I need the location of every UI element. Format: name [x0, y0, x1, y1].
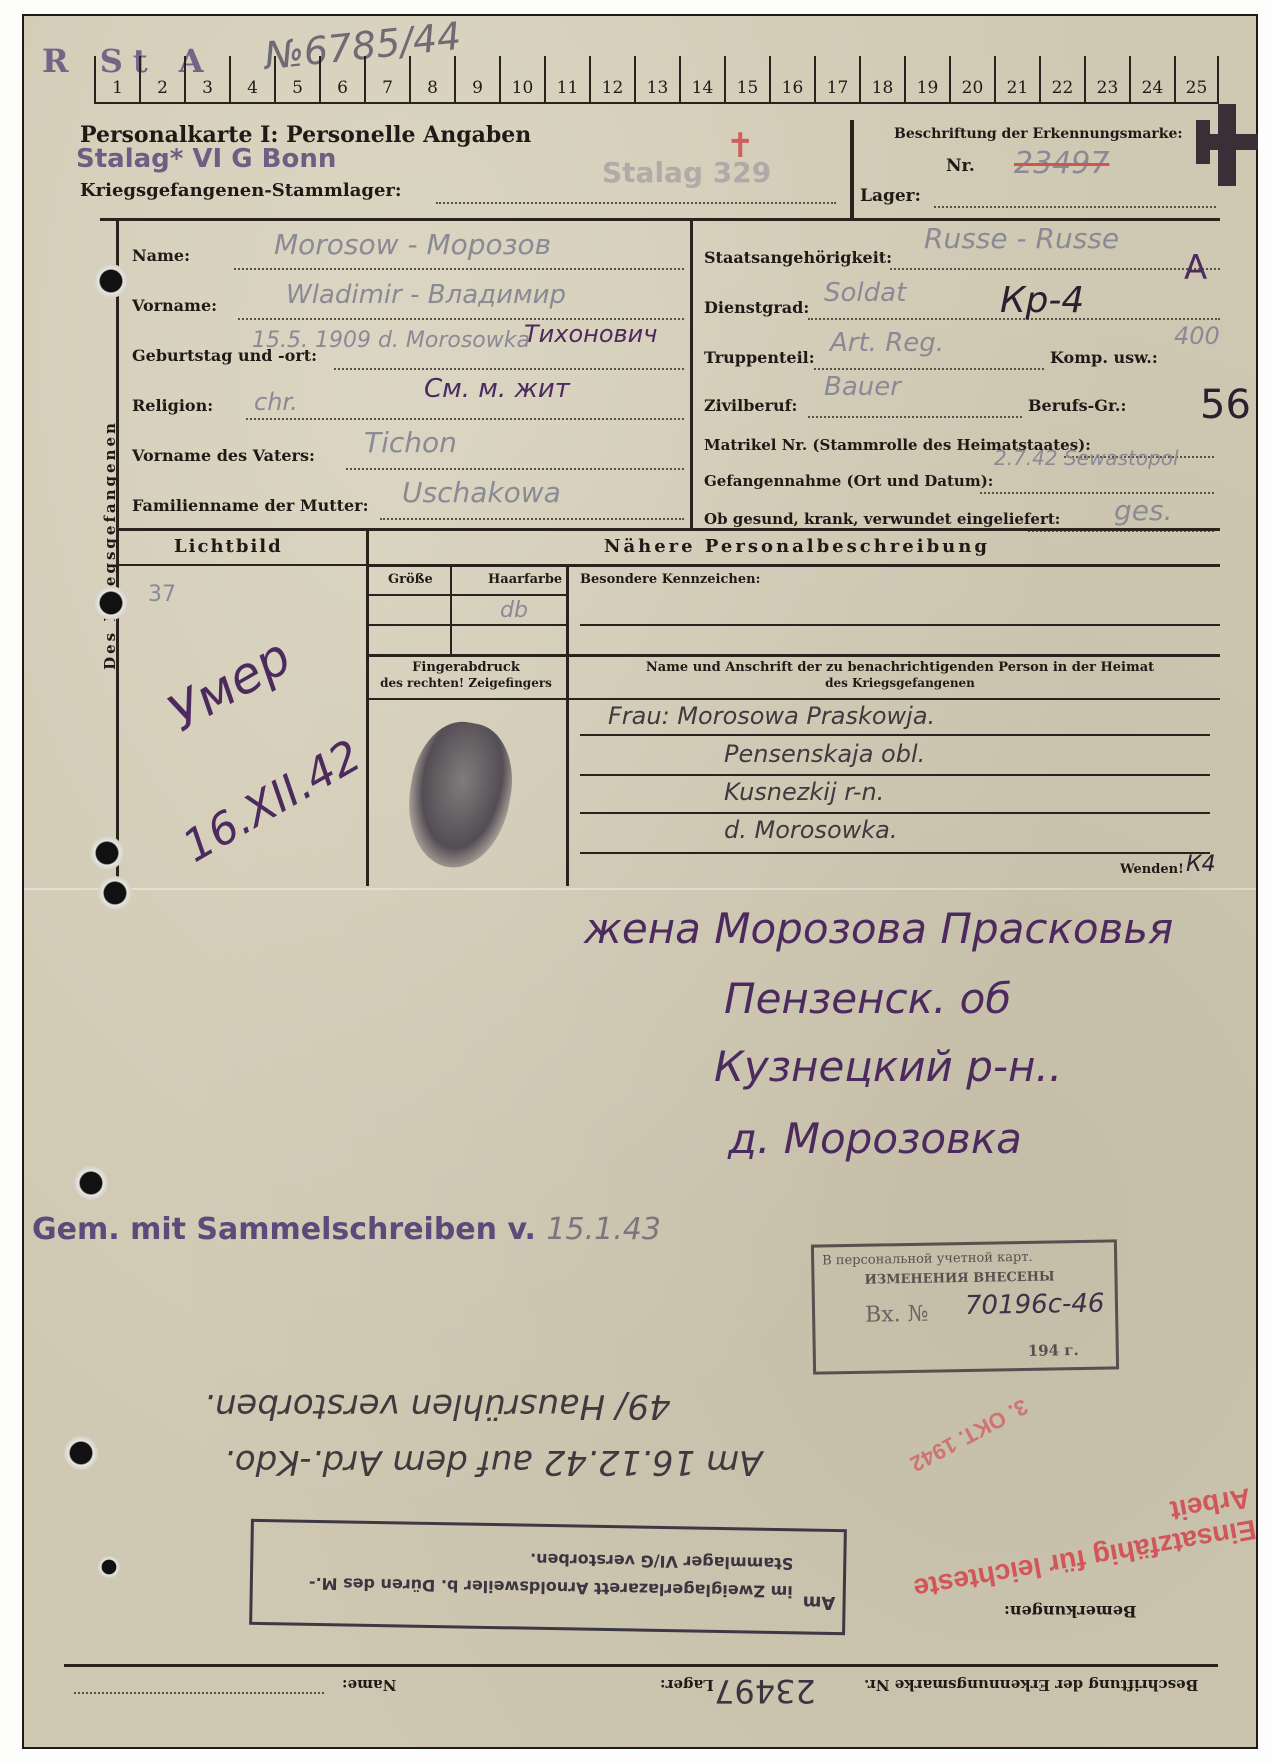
punch-hole	[90, 836, 124, 870]
punch-hole	[94, 264, 128, 298]
name-dots	[234, 268, 684, 270]
vorname-label: Vorname:	[132, 296, 217, 315]
fingerprint-top-rule	[366, 654, 1220, 657]
side-label: Des Kriegsgefangenen	[101, 395, 119, 695]
upside-note-2: 49/ Hausrühlen verstorben.	[204, 1386, 671, 1426]
photo-header: Lichtbild	[174, 536, 283, 557]
religion-dots	[246, 418, 684, 420]
ruler-cell: 18	[859, 56, 904, 102]
ruler-cell: 2	[139, 56, 184, 102]
bottom-name-label: Name:	[342, 1676, 396, 1694]
contact-label-2: des Kriegsgefangenen	[580, 676, 1220, 690]
capture-dots	[980, 492, 1214, 494]
health-value: ges.	[1114, 494, 1173, 527]
sammelschreiben-text: Gem. mit Sammelschreiben v.	[32, 1212, 536, 1247]
contact-rule-1	[580, 734, 1210, 736]
tag-label: Beschriftung der Erkennungsmarke:	[894, 126, 1183, 142]
punch-hole	[94, 586, 128, 620]
ruler-cell: 21	[994, 56, 1039, 102]
bottom-tag-value: 23497	[714, 1672, 816, 1710]
mother-value: Uschakowa	[402, 476, 561, 509]
punch-hole	[98, 876, 132, 910]
fields-center-divider	[690, 218, 693, 528]
ruler-cell: 8	[409, 56, 454, 102]
ruler-cell: 24	[1129, 56, 1174, 102]
fingerprint-label-1: Fingerabdruck	[366, 660, 566, 675]
religion-note: См. м. жит	[424, 374, 570, 404]
ru-address-line-2: Пензенск. об	[724, 974, 1011, 1023]
ruler-cell: 14	[679, 56, 724, 102]
nationality-mark: A	[1184, 248, 1207, 288]
soviet-registration-stamp: В персональной учетной карт. ИЗМЕНЕНИЯ В…	[811, 1239, 1119, 1374]
soviet-stamp-line-1: В персональной учетной карт.	[822, 1250, 1033, 1269]
death-note: Умер	[158, 627, 300, 743]
personnel-card: R St A №6785/44 1 2 3 4 5 6 7 8 9 10 11 …	[22, 14, 1258, 1749]
nationality-dots	[890, 268, 1220, 270]
tag-lager-label: Lager:	[860, 186, 921, 206]
birth-value: 15.5. 1909 d. Morosowka	[252, 328, 530, 353]
red-einsatz-stamp: Einsatzfähig für leichteste Arbeit	[848, 1481, 1259, 1615]
bottom-tag-label: Beschriftung der Erkennungsmarke Nr.	[864, 1676, 1198, 1694]
capture-label: Gefangennahme (Ort und Datum):	[704, 472, 993, 490]
civil-job-dots	[808, 416, 1022, 418]
ruler-cell: 13	[634, 56, 679, 102]
contact-line-4: d. Morosowka.	[724, 816, 897, 844]
ruler-cell: 23	[1084, 56, 1129, 102]
ruler-cell: 22	[1039, 56, 1084, 102]
punch-hole	[64, 1436, 98, 1470]
ruler-cell: 25	[1174, 56, 1219, 102]
soviet-stamp-year: 194 г.	[1028, 1341, 1079, 1360]
punch-hole	[74, 1166, 108, 1200]
size-hair-rule-2	[366, 624, 566, 626]
soviet-stamp-line-2: ИЗМЕНЕНИЯ ВНЕСЕНЫ	[864, 1269, 1054, 1287]
bottom-name-dots	[74, 1692, 324, 1694]
ruler-cell: 11	[544, 56, 589, 102]
fingerprint-label-rule	[366, 698, 1220, 700]
rank-mark: Кр-4	[1000, 280, 1084, 321]
ruler-cell: 17	[814, 56, 859, 102]
description-header: Nähere Personalbeschreibung	[604, 536, 990, 557]
turn-mark: К4	[1186, 852, 1216, 877]
bottom-lager-label: Lager:	[660, 1676, 714, 1694]
death-date: 16.XII.42	[174, 730, 369, 872]
lazarett-stamp-line-1: Am	[802, 1591, 835, 1613]
religion-label: Religion:	[132, 396, 213, 415]
hair-value: db	[500, 598, 528, 623]
red-cross-mark-icon: ✝	[726, 126, 755, 166]
tag-nr-label: Nr.	[946, 156, 975, 176]
ru-address-line-3: Кузнецкий р-н..	[714, 1042, 1062, 1091]
ruler-cell: 4	[229, 56, 274, 102]
company-label: Komp. usw.:	[1050, 348, 1158, 367]
nationality-label: Staatsangehörigkeit:	[704, 248, 892, 267]
name-label: Name:	[132, 246, 190, 265]
sammelschreiben-date: 15.1.43	[546, 1212, 661, 1247]
health-label: Ob gesund, krank, verwundet eingeliefert…	[704, 510, 1060, 528]
ruler-cell: 20	[949, 56, 994, 102]
mother-dots	[380, 518, 684, 520]
rank-value: Soldat	[824, 278, 906, 308]
marks-rule	[580, 624, 1220, 626]
job-group-value: 56	[1200, 382, 1251, 428]
punch-hole	[98, 1556, 120, 1578]
religion-value: chr.	[254, 388, 298, 416]
section-rule	[116, 528, 1220, 531]
ruler-cell: 3	[184, 56, 229, 102]
bottom-rule	[64, 1664, 1218, 1667]
ruler-cell: 7	[364, 56, 409, 102]
vorname-value: Wladimir - Владимир	[286, 280, 566, 310]
civil-job-label: Zivilberuf:	[704, 396, 797, 415]
remarks-label: Bemerkungen:	[1004, 1602, 1137, 1621]
soviet-stamp-line-3: Вх. №	[865, 1302, 929, 1328]
photo-divider	[366, 530, 369, 886]
cross-mark-icon	[1196, 104, 1258, 186]
header-bottom-rule	[100, 218, 1220, 221]
hair-label: Haarfarbe	[488, 572, 562, 587]
soviet-stamp-number: 70196с-46	[965, 1289, 1105, 1321]
desc-header-rule	[366, 564, 1220, 567]
fold-line	[24, 888, 1256, 890]
nationality-value: Russe - Russe	[924, 222, 1119, 255]
contact-rule-3	[580, 812, 1210, 814]
size-hair-rule-1	[366, 594, 566, 596]
birth-dots	[334, 368, 684, 370]
company-value: 400	[1174, 322, 1220, 350]
photo-header-rule	[116, 564, 366, 566]
number-ruler: 1 2 3 4 5 6 7 8 9 10 11 12 13 14 15 16 1…	[94, 56, 1219, 104]
contact-rule-2	[580, 774, 1210, 776]
name-value: Morosow - Морозов	[274, 228, 551, 261]
unit-value: Art. Reg.	[830, 328, 944, 358]
ru-address-line-1: жена Морозова Прасковья	[584, 904, 1173, 953]
red-date-stamp: 3. OKT. 1942	[905, 1393, 1032, 1477]
camp-dots	[436, 202, 836, 204]
ruler-cell: 19	[904, 56, 949, 102]
ruler-cell: 15	[724, 56, 769, 102]
contact-label-1: Name und Anschrift der zu benachrichtige…	[580, 660, 1220, 675]
lazarett-stamp: Am im Zweiglagerlazarett Arnoldsweiler b…	[249, 1519, 847, 1635]
contact-line-2: Pensenskaja obl.	[724, 740, 925, 768]
size-label: Größe	[388, 572, 433, 587]
fingerprint-image	[398, 714, 522, 875]
size-hair-divider	[450, 566, 452, 654]
ruler-cell: 10	[499, 56, 544, 102]
marks-label: Besondere Kennzeichen:	[580, 572, 760, 587]
father-dots	[346, 468, 684, 470]
ruler-cell: 9	[454, 56, 499, 102]
ru-address-line-4: д. Морозовка	[728, 1114, 1022, 1163]
unit-dots	[814, 368, 1044, 370]
photo-number: 37	[148, 582, 176, 607]
father-label: Vorname des Vaters:	[132, 446, 315, 465]
upside-note-1: Am 16.12.42 auf dem Ard.-Kdo.	[224, 1442, 762, 1482]
rank-label: Dienstgrad:	[704, 298, 809, 317]
contact-line-3: Kusnezkij r-n.	[724, 778, 884, 806]
unit-label: Truppenteil:	[704, 348, 815, 367]
camp-label: Kriegsgefangenen-Stammlager:	[80, 180, 402, 201]
civil-job-value: Bauer	[824, 372, 901, 402]
fingerprint-label-2: des rechten! Zeigefingers	[366, 676, 566, 690]
mother-label: Familienname der Mutter:	[132, 496, 369, 515]
ruler-cell: 6	[319, 56, 364, 102]
father-value: Tichon	[364, 426, 457, 459]
ruler-cell: 1	[94, 56, 139, 102]
contact-line-1: Frau: Morosowa Praskowja.	[608, 702, 935, 730]
ruler-cell: 12	[589, 56, 634, 102]
tag-nr-value: 23497	[1014, 146, 1109, 181]
patronymic-ru: Тихонович	[524, 320, 657, 348]
sammelschreiben-stamp: Gem. mit Sammelschreiben v. 15.1.43	[32, 1212, 661, 1247]
ruler-cell: 5	[274, 56, 319, 102]
ruler-cell: 16	[769, 56, 814, 102]
job-group-label: Berufs-Gr.:	[1028, 396, 1126, 415]
camp-stamp: Stalag* VI G Bonn	[76, 144, 336, 174]
lager-dots	[934, 206, 1216, 208]
title-divider-vertical	[850, 120, 854, 218]
lazarett-stamp-line-2: im Zweiglagerlazarett Arnoldsweiler b. D…	[263, 1540, 794, 1605]
desc-col-divider	[566, 566, 569, 886]
contact-rule-4	[580, 852, 1210, 854]
turn-label: Wenden!	[1120, 862, 1184, 877]
capture-value: 2.7.42 Sewastopol	[994, 446, 1179, 470]
